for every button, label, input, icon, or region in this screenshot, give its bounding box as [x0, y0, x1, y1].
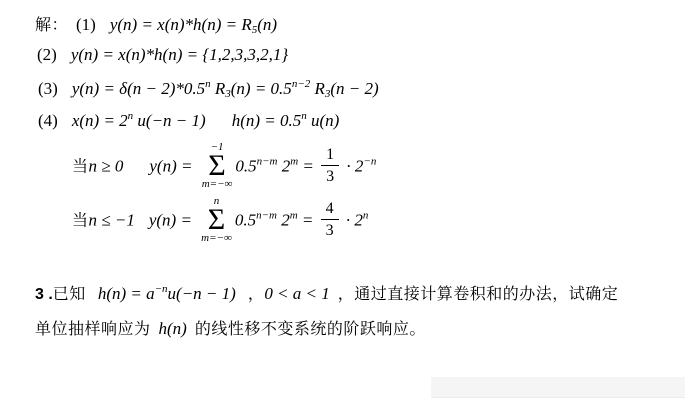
formula-3-part-1: y(n) = δ(n − 2)*0.5 — [72, 79, 205, 98]
case-2-when-label: 当 — [72, 213, 89, 230]
question-3-text-2a: 单位抽样响应为 — [35, 321, 151, 338]
formula-3-superscript-2: n−2 — [292, 78, 310, 90]
case-2-superscript-3: n — [363, 210, 369, 222]
formula-3-part-3: (n) = 0.5 — [231, 79, 292, 98]
question-3-number: 3 . — [35, 286, 53, 303]
fraction-numerator: 1 — [321, 146, 339, 167]
formula-3-part-5: (n − 2) — [330, 79, 378, 98]
fraction-denominator: 3 — [326, 166, 334, 186]
case-2-equals: = — [298, 211, 318, 230]
case-2-lhs: y(n) = — [149, 211, 196, 230]
summation-symbol: nΣm=−∞ — [201, 196, 232, 244]
question-3-given-label: 已知 — [53, 286, 86, 303]
case-2-condition: n ≤ −1 — [89, 211, 135, 230]
case-1-term-2: 2 — [277, 157, 290, 176]
question-3-formula-tail: u(−n − 1) — [168, 284, 236, 303]
fraction-numerator: 4 — [321, 200, 339, 221]
formula-1: y(n) = x(n)*h(n) = R — [110, 15, 252, 34]
sigma-icon: Σ — [208, 153, 225, 179]
sigma-icon: Σ — [208, 207, 225, 233]
document-page: 解：(1)y(n) = x(n)*h(n) = R5(n) (2)y(n) = … — [0, 0, 685, 403]
question-3-superscript: −n — [155, 283, 168, 295]
question-3-line-2: 单位抽样响应为h(n)的线性移不变系统的阶跃响应。 — [35, 319, 426, 339]
solution-line-3: (3)y(n) = δ(n − 2)*0.5n R3(n) = 0.5n−2 R… — [38, 79, 379, 99]
sum-lower-limit: m=−∞ — [201, 233, 232, 244]
fraction: 13 — [321, 146, 339, 186]
fraction: 43 — [321, 200, 339, 240]
case-1-lhs: y(n) = — [149, 157, 196, 176]
formula-2: y(n) = x(n)*h(n) = {1,2,3,3,2,1} — [71, 45, 288, 64]
question-3-range: 0 < a < 1 — [264, 284, 329, 303]
formula-4-part-2: u(−n − 1) — [133, 111, 206, 130]
question-3-formula-base: h(n) = a — [98, 284, 155, 303]
question-3-hn: h(n) — [159, 319, 187, 338]
fraction-denominator: 3 — [326, 220, 334, 240]
item-4-number: (4) — [38, 111, 58, 130]
question-3-line-1: 3 .已知h(n) = a−nu(−n − 1)，0 < a < 1，通过直接计… — [35, 284, 618, 304]
case-2-result-base: · 2 — [342, 211, 363, 230]
case-1-term-base: 0.5 — [235, 157, 256, 176]
solution-line-2: (2)y(n) = x(n)*h(n) = {1,2,3,3,2,1} — [37, 45, 288, 65]
case-1-equals: = — [298, 157, 318, 176]
case-2-superscript-1: n−m — [256, 210, 277, 222]
summation-symbol: −1Σm=−∞ — [202, 142, 233, 190]
formula-4-part-4: u(n) — [307, 111, 340, 130]
formula-3-part-2: R — [211, 79, 226, 98]
case-1-superscript-2: m — [290, 156, 298, 168]
formula-4-part-3: h(n) = 0.5 — [232, 111, 302, 130]
item-1-number: (1) — [76, 15, 96, 34]
case-1-result-base: · 2 — [342, 157, 363, 176]
case-1-superscript-3: −n — [363, 156, 376, 168]
solution-label: 解： — [35, 17, 68, 34]
comma-1: ， — [248, 286, 265, 303]
item-3-number: (3) — [38, 79, 58, 98]
case-2-term-base: 0.5 — [235, 211, 256, 230]
solution-line-1: 解：(1)y(n) = x(n)*h(n) = R5(n) — [35, 15, 277, 35]
case-2-superscript-2: m — [290, 210, 298, 222]
case-2-line: 当n ≤ −1y(n) = nΣm=−∞0.5n−m 2m = 43 · 2n — [72, 198, 368, 246]
watermark-bar — [431, 377, 685, 398]
case-2-term-2: 2 — [277, 211, 290, 230]
formula-1-tail: (n) — [257, 15, 277, 34]
case-1-line: 当n ≥ 0y(n) = −1Σm=−∞0.5n−m 2m = 13 · 2−n — [72, 144, 376, 192]
case-1-when-label: 当 — [72, 159, 89, 176]
formula-3-part-4: R — [310, 79, 325, 98]
formula-4-part-1: x(n) = 2 — [72, 111, 128, 130]
case-1-superscript-1: n−m — [257, 156, 278, 168]
case-1-condition: n ≥ 0 — [89, 157, 124, 176]
solution-line-4: (4)x(n) = 2n u(−n − 1)h(n) = 0.5n u(n) — [38, 111, 339, 131]
question-3-text-2b: 的线性移不变系统的阶跃响应。 — [195, 321, 426, 338]
item-2-number: (2) — [37, 45, 57, 64]
question-3-text: ，通过直接计算卷积和的办法，试确定 — [338, 286, 619, 303]
sum-lower-limit: m=−∞ — [202, 179, 233, 190]
